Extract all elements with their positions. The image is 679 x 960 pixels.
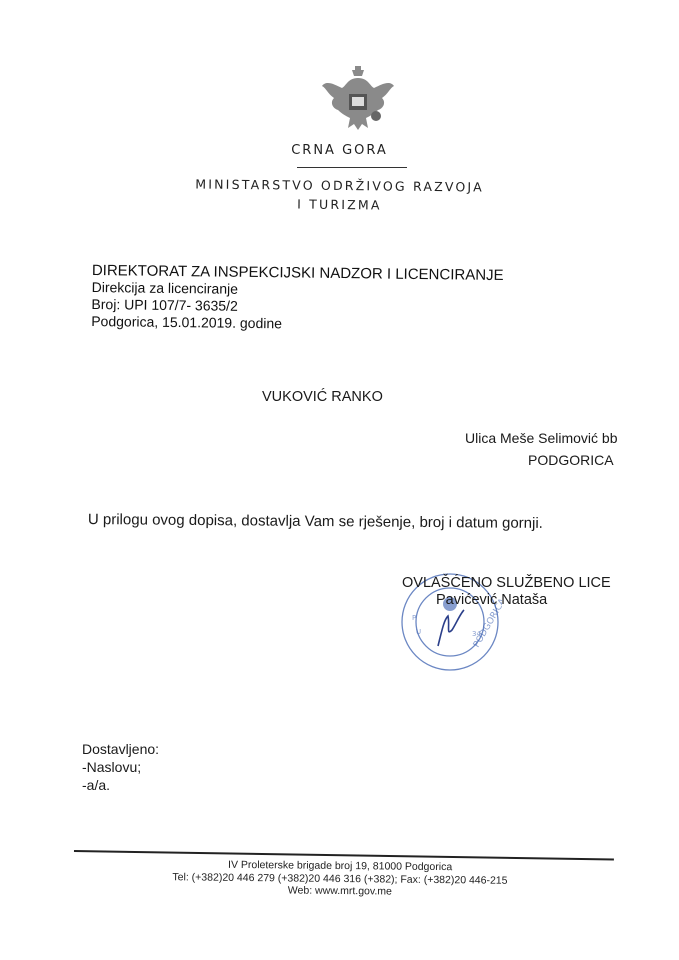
signer-title: OVLAŠĆENO SLUŽBENO LICE — [402, 575, 611, 591]
signer-name: Pavićević Nataša — [436, 592, 547, 608]
svg-text:U: U — [416, 628, 421, 636]
recipient-name: VUKOVIĆ RANKO — [262, 389, 383, 405]
distribution-list: Dostavljeno: -Naslovu; -a/a. — [82, 740, 159, 794]
recipient-street: Ulica Meše Selimović bb — [465, 430, 618, 446]
footer: IV Proleterske brigade broj 19, 81000 Po… — [60, 857, 620, 900]
letterhead-divider — [297, 167, 407, 168]
svg-text:P: P — [412, 614, 416, 622]
country-name: CRNA GORA — [0, 143, 679, 158]
distribution-item: -Naslovu; — [82, 758, 159, 776]
recipient-city: PODGORICA — [528, 452, 614, 468]
sender-block: DIREKTORAT ZA INSPEKCIJSKI NADZOR I LICE… — [91, 262, 504, 335]
ministry-name: MINISTARSTVO ODRŽIVOG RAZVOJA I TURIZMA — [0, 172, 679, 217]
coat-of-arms-icon — [318, 66, 398, 136]
letter-body: U prilogu ovog dopisa, dostavlja Vam se … — [88, 511, 543, 532]
distribution-item: -a/a. — [82, 776, 159, 794]
distribution-heading: Dostavljeno: — [82, 740, 159, 758]
svg-text:34: 34 — [472, 630, 481, 638]
place-date: Podgorica, 15.01.2019. godine — [91, 313, 503, 335]
